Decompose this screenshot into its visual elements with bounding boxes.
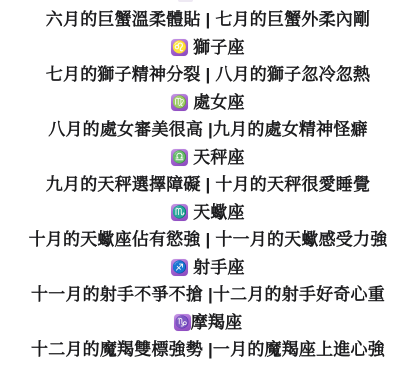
sagittarius-zodiac-icon: ♐ (171, 259, 188, 276)
sagittarius-description-line: 十一月的射手不爭不搶 |十二月的射手好奇心重 (0, 286, 416, 304)
libra-zodiac-icon: ♎ (171, 149, 188, 166)
leo-heading: ♌ 獅子座 (0, 39, 416, 57)
libra-description-line: 九月的天秤選擇障礙 | 十月的天秤很愛睡覺 (0, 176, 416, 194)
virgo-description-line-text: 八月的處女審美很高 |九月的處女精神怪癖 (48, 121, 367, 139)
zodiac-month-list: 六月的巨蟹溫柔體貼 | 七月的巨蟹外柔內剛♌ 獅子座七月的獅子精神分裂 | 八月… (0, 11, 416, 369)
sagittarius-heading-label: 射手座 (188, 259, 245, 277)
libra-heading-label: 天秤座 (188, 149, 245, 167)
cropped-emoji-remnant (178, 0, 193, 2)
cancer-description-line-text: 六月的巨蟹溫柔體貼 | 七月的巨蟹外柔內剛 (46, 11, 370, 29)
leo-heading-label: 獅子座 (188, 39, 245, 57)
virgo-zodiac-icon: ♍ (171, 94, 188, 111)
scorpio-heading-label: 天蠍座 (188, 204, 245, 222)
leo-description-line-text: 七月的獅子精神分裂 | 八月的獅子忽冷忽熱 (46, 66, 370, 84)
sagittarius-description-line-text: 十一月的射手不爭不搶 |十二月的射手好奇心重 (31, 286, 385, 304)
capricorn-description-line: 十二月的魔羯雙標強勢 |一月的魔羯座上進心強 (0, 341, 416, 359)
scorpio-description-line-text: 十月的天蠍座佔有慾強 | 十一月的天蠍感受力強 (29, 231, 388, 249)
libra-description-line-text: 九月的天秤選擇障礙 | 十月的天秤很愛睡覺 (46, 176, 370, 194)
virgo-heading-label: 處女座 (188, 94, 245, 112)
capricorn-zodiac-icon: ♑ (174, 314, 191, 331)
virgo-heading: ♍ 處女座 (0, 94, 416, 112)
sagittarius-heading: ♐ 射手座 (0, 259, 416, 277)
scorpio-zodiac-icon: ♏ (171, 204, 188, 221)
cancer-description-line: 六月的巨蟹溫柔體貼 | 七月的巨蟹外柔內剛 (0, 11, 416, 29)
capricorn-heading: ♑摩羯座 (0, 314, 416, 332)
leo-description-line: 七月的獅子精神分裂 | 八月的獅子忽冷忽熱 (0, 66, 416, 84)
scorpio-description-line: 十月的天蠍座佔有慾強 | 十一月的天蠍感受力強 (0, 231, 416, 249)
virgo-description-line: 八月的處女審美很高 |九月的處女精神怪癖 (0, 121, 416, 139)
leo-zodiac-icon: ♌ (171, 39, 188, 56)
scorpio-heading: ♏ 天蠍座 (0, 204, 416, 222)
capricorn-description-line-text: 十二月的魔羯雙標強勢 |一月的魔羯座上進心強 (31, 341, 385, 359)
libra-heading: ♎ 天秤座 (0, 149, 416, 167)
capricorn-heading-label: 摩羯座 (191, 314, 243, 332)
